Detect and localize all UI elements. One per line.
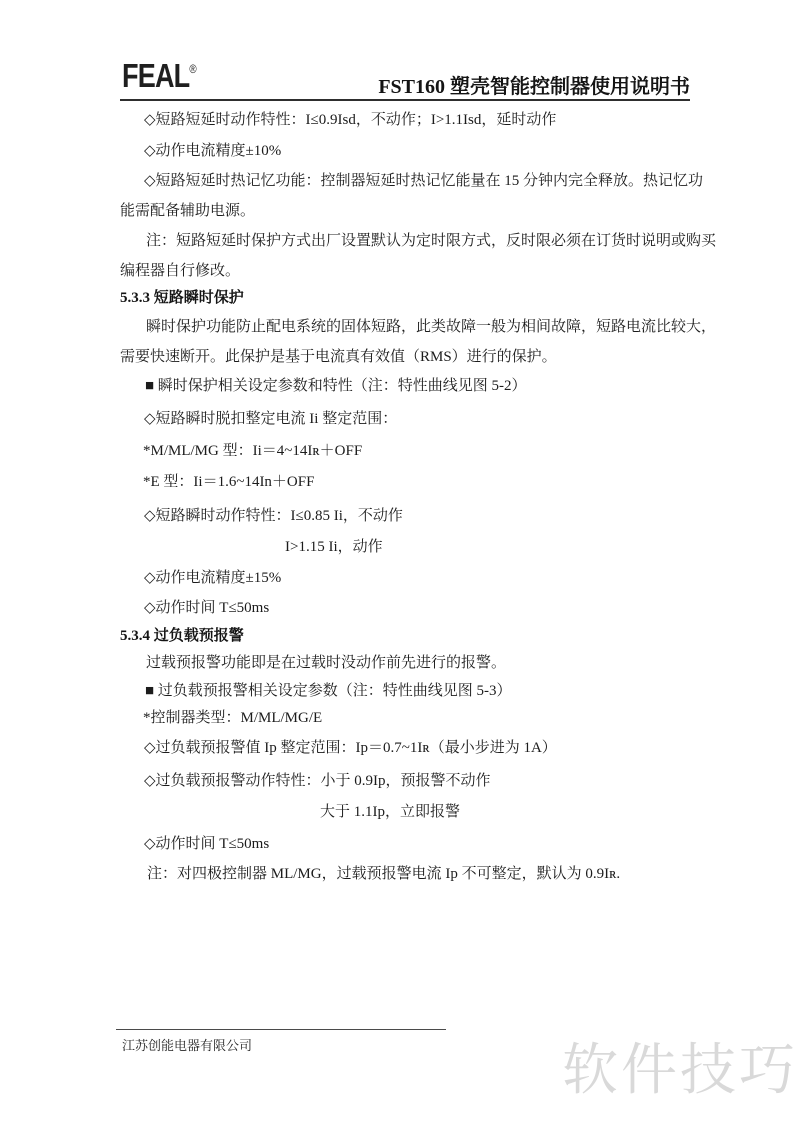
text-line: *控制器类型：M/ML/MG/E [143,708,322,728]
text-line: 需要快速断开。此保护是基于电流真有效值（RMS）进行的保护。 [120,347,557,367]
text-line: ◇短路短延时热记忆功能：控制器短延时热记忆能量在 15 分钟内完全释放。热记忆功 [144,171,703,191]
text-line: ■ 过负载预报警相关设定参数（注：特性曲线见图 5-3） [145,681,512,701]
text-line: *E 型：Ii＝1.6~14In＋OFF [143,472,314,492]
text-line: ◇短路瞬时动作特性：I≤0.85 Ii，不动作 [144,506,403,526]
text-line: ◇短路瞬时脱扣整定电流 Ii 整定范围： [144,409,397,429]
section-heading-5-3-4: 5.3.4 过负载预报警 [120,626,244,646]
text-line: ◇短路短延时动作特性：I≤0.9Isd，不动作；I>1.1Isd，延时动作 [144,110,556,130]
text-line: 大于 1.1Ip，立即报警 [320,802,460,822]
note-line: 注：对四极控制器 ML/MG，过载预报警电流 Ip 不可整定，默认为 0.9Iʀ… [147,864,620,884]
note-line: 注：短路短延时保护方式出厂设置默认为定时限方式，反时限必须在订货时说明或购买 [146,231,716,251]
text-line: 过载预报警功能即是在过载时没动作前先进行的报警。 [146,653,506,673]
text-line: ◇动作电流精度±15% [144,568,281,588]
registered-trademark-icon: ® [189,62,196,76]
text-line: 能需配备辅助电源。 [120,201,255,221]
document-page: FEAL® FST160 塑壳智能控制器使用说明书 ◇短路短延时动作特性：I≤0… [0,0,800,1132]
text-line: ■ 瞬时保护相关设定参数和特性（注：特性曲线见图 5-2） [145,376,527,396]
text-line: ◇动作时间 T≤50ms [144,834,269,854]
section-heading-5-3-3: 5.3.3 短路瞬时保护 [120,288,244,308]
footer-company-name: 江苏创能电器有限公司 [122,1035,252,1054]
text-line: ◇动作电流精度±10% [144,141,281,161]
watermark-text: 软件技巧 [562,1041,798,1101]
feal-logo: FEAL® [122,54,197,91]
text-line: ◇过负载预报警动作特性：小于 0.9Ip，预报警不动作 [144,771,491,791]
text-line: *M/ML/MG 型：Ii＝4~14Iʀ＋OFF [143,441,362,461]
text-line: ◇动作时间 T≤50ms [144,598,269,618]
text-line: ◇过负载预报警值 Ip 整定范围：Ip＝0.7~1Iʀ（最小步进为 1A） [144,738,557,758]
text-line: I>1.15 Ii，动作 [285,537,383,557]
footer-divider [116,1029,446,1030]
note-line: 编程器自行修改。 [120,261,240,281]
feal-logo-text: FEAL [122,57,189,94]
document-title: FST160 塑壳智能控制器使用说明书 [378,70,690,99]
header-divider [120,99,690,101]
text-line: 瞬时保护功能防止配电系统的固体短路，此类故障一般为相间故障，短路电流比较大， [146,317,716,337]
